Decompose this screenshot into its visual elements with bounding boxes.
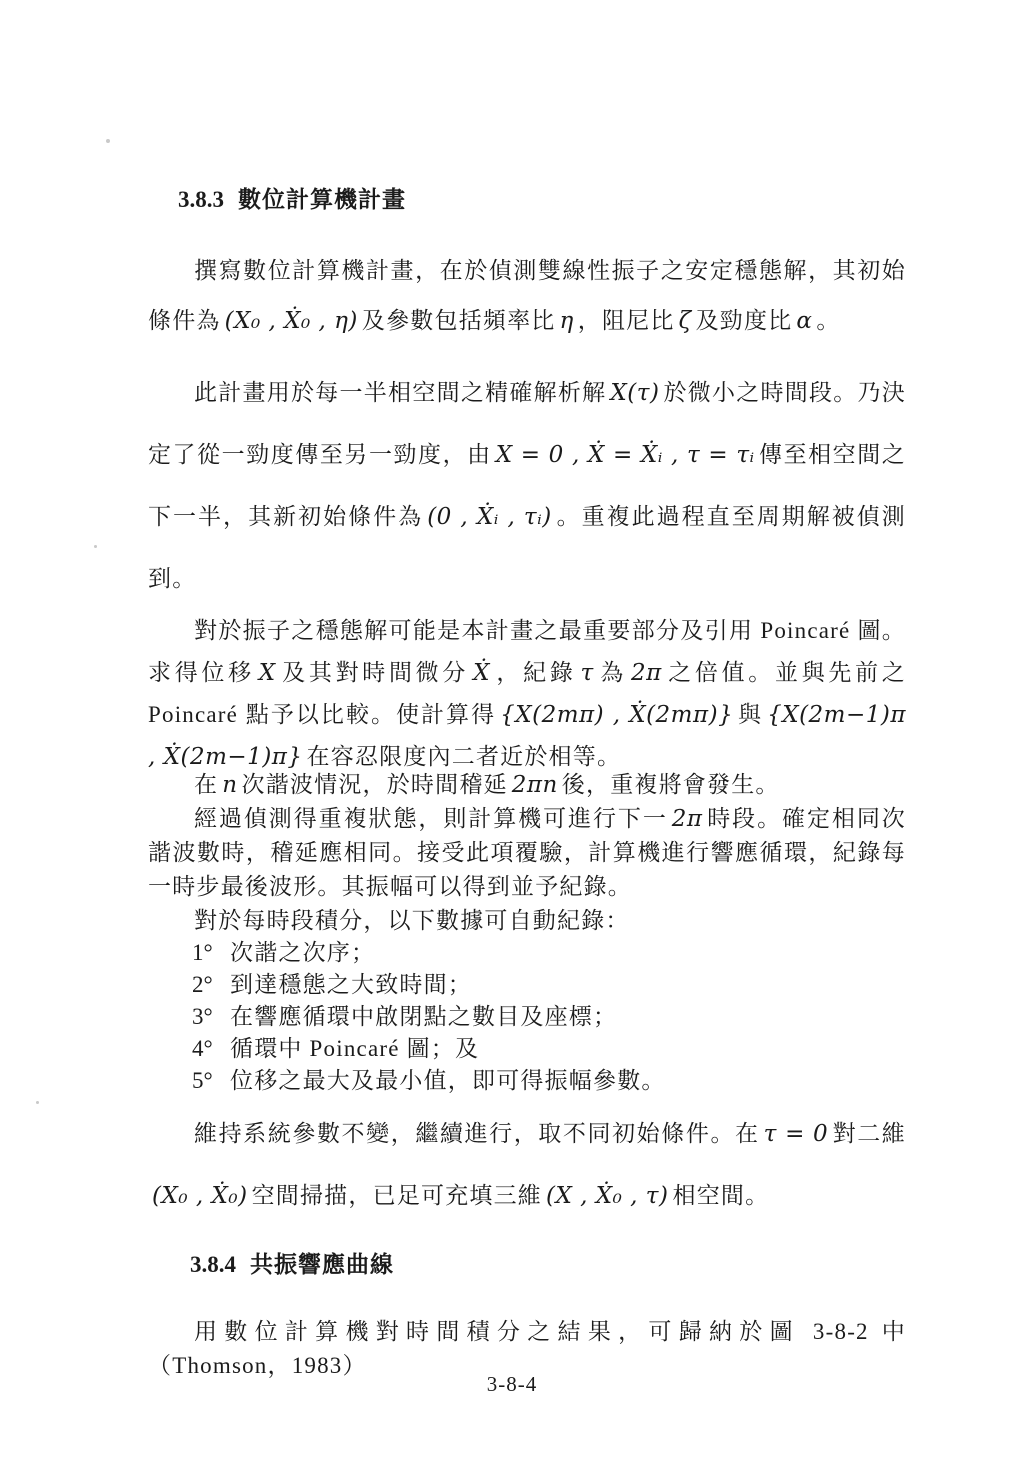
list-item-text: 循環中 Poincaré 圖；及 xyxy=(230,1036,479,1061)
list-item-4: 4°循環中 Poincaré 圖；及 xyxy=(192,1033,906,1065)
paragraph-subharmonic-delay: 在n次諧波情況，於時間稽延2πn後，重複將會發生。 xyxy=(148,768,906,802)
list-item-text: 位移之最大及最小值，即可得振幅參數。 xyxy=(230,1068,666,1093)
page-number: 3-8-4 xyxy=(0,1372,1024,1397)
paragraph-poincare-comparison: 對於振子之穩態解可能是本計畫之最重要部分及引用 Poincaré 圖。求得位移X… xyxy=(148,610,906,778)
list-marker: 3° xyxy=(192,1001,230,1033)
list-item-text: 次諧之次序； xyxy=(230,940,375,965)
list-item-text: 到達穩態之大致時間； xyxy=(230,972,472,997)
scan-speck xyxy=(94,545,97,548)
list-marker: 4° xyxy=(192,1033,230,1065)
section-heading-3-8-4: 3.8.4共振響應曲線 xyxy=(190,1251,906,1279)
auto-record-list: 1°次諧之次序； 2°到達穩態之大致時間； 3°在響應循環中啟閉點之數目及座標；… xyxy=(192,937,906,1097)
section-title: 共振響應曲線 xyxy=(250,1252,394,1277)
section-heading-3-8-3: 3.8.3數位計算機計畫 xyxy=(178,186,906,214)
page-content: 3.8.3數位計算機計畫 撰寫數位計算機計畫，在於偵測雙線性振子之安定穩態解，其… xyxy=(148,0,906,1383)
list-marker: 5° xyxy=(192,1065,230,1097)
list-marker: 1° xyxy=(192,937,230,969)
paragraph-phase-space-scan: 維持系統參數不變，繼續進行，取不同初始條件。在τ = 0對二維(X₀ , Ẋ₀)… xyxy=(148,1103,906,1227)
document-page: 3.8.3數位計算機計畫 撰寫數位計算機計畫，在於偵測雙線性振子之安定穩態解，其… xyxy=(0,0,1024,1473)
list-item-text: 在響應循環中啟閉點之數目及座標； xyxy=(230,1004,617,1029)
paragraph-repeat-detection: 經過偵測得重複狀態，則計算機可進行下一2π時段。確定相同次諧波數時，稽延應相同。… xyxy=(148,802,906,904)
section-number: 3.8.4 xyxy=(190,1252,236,1277)
section-title: 數位計算機計畫 xyxy=(238,187,406,212)
paragraph-auto-record-intro: 對於每時段積分，以下數據可自動紀錄： xyxy=(148,904,906,937)
list-item-3: 3°在響應循環中啟閉點之數目及座標； xyxy=(192,1001,906,1033)
paragraph-program-purpose: 撰寫數位計算機計畫，在於偵測雙線性振子之安定穩態解，其初始條件為(X₀ , Ẋ₀… xyxy=(148,246,906,346)
paragraph-halfspace-solution: 此計畫用於每一半相空間之精確解析解X(τ)於微小之時間段。乃決定了從一勁度傳至另… xyxy=(148,362,906,610)
list-item-2: 2°到達穩態之大致時間； xyxy=(192,969,906,1001)
section-number: 3.8.3 xyxy=(178,187,224,212)
scan-speck xyxy=(36,1101,39,1104)
list-item-1: 1°次諧之次序； xyxy=(192,937,906,969)
scan-speck xyxy=(106,139,110,143)
list-item-5: 5°位移之最大及最小值，即可得振幅參數。 xyxy=(192,1065,906,1097)
list-marker: 2° xyxy=(192,969,230,1001)
